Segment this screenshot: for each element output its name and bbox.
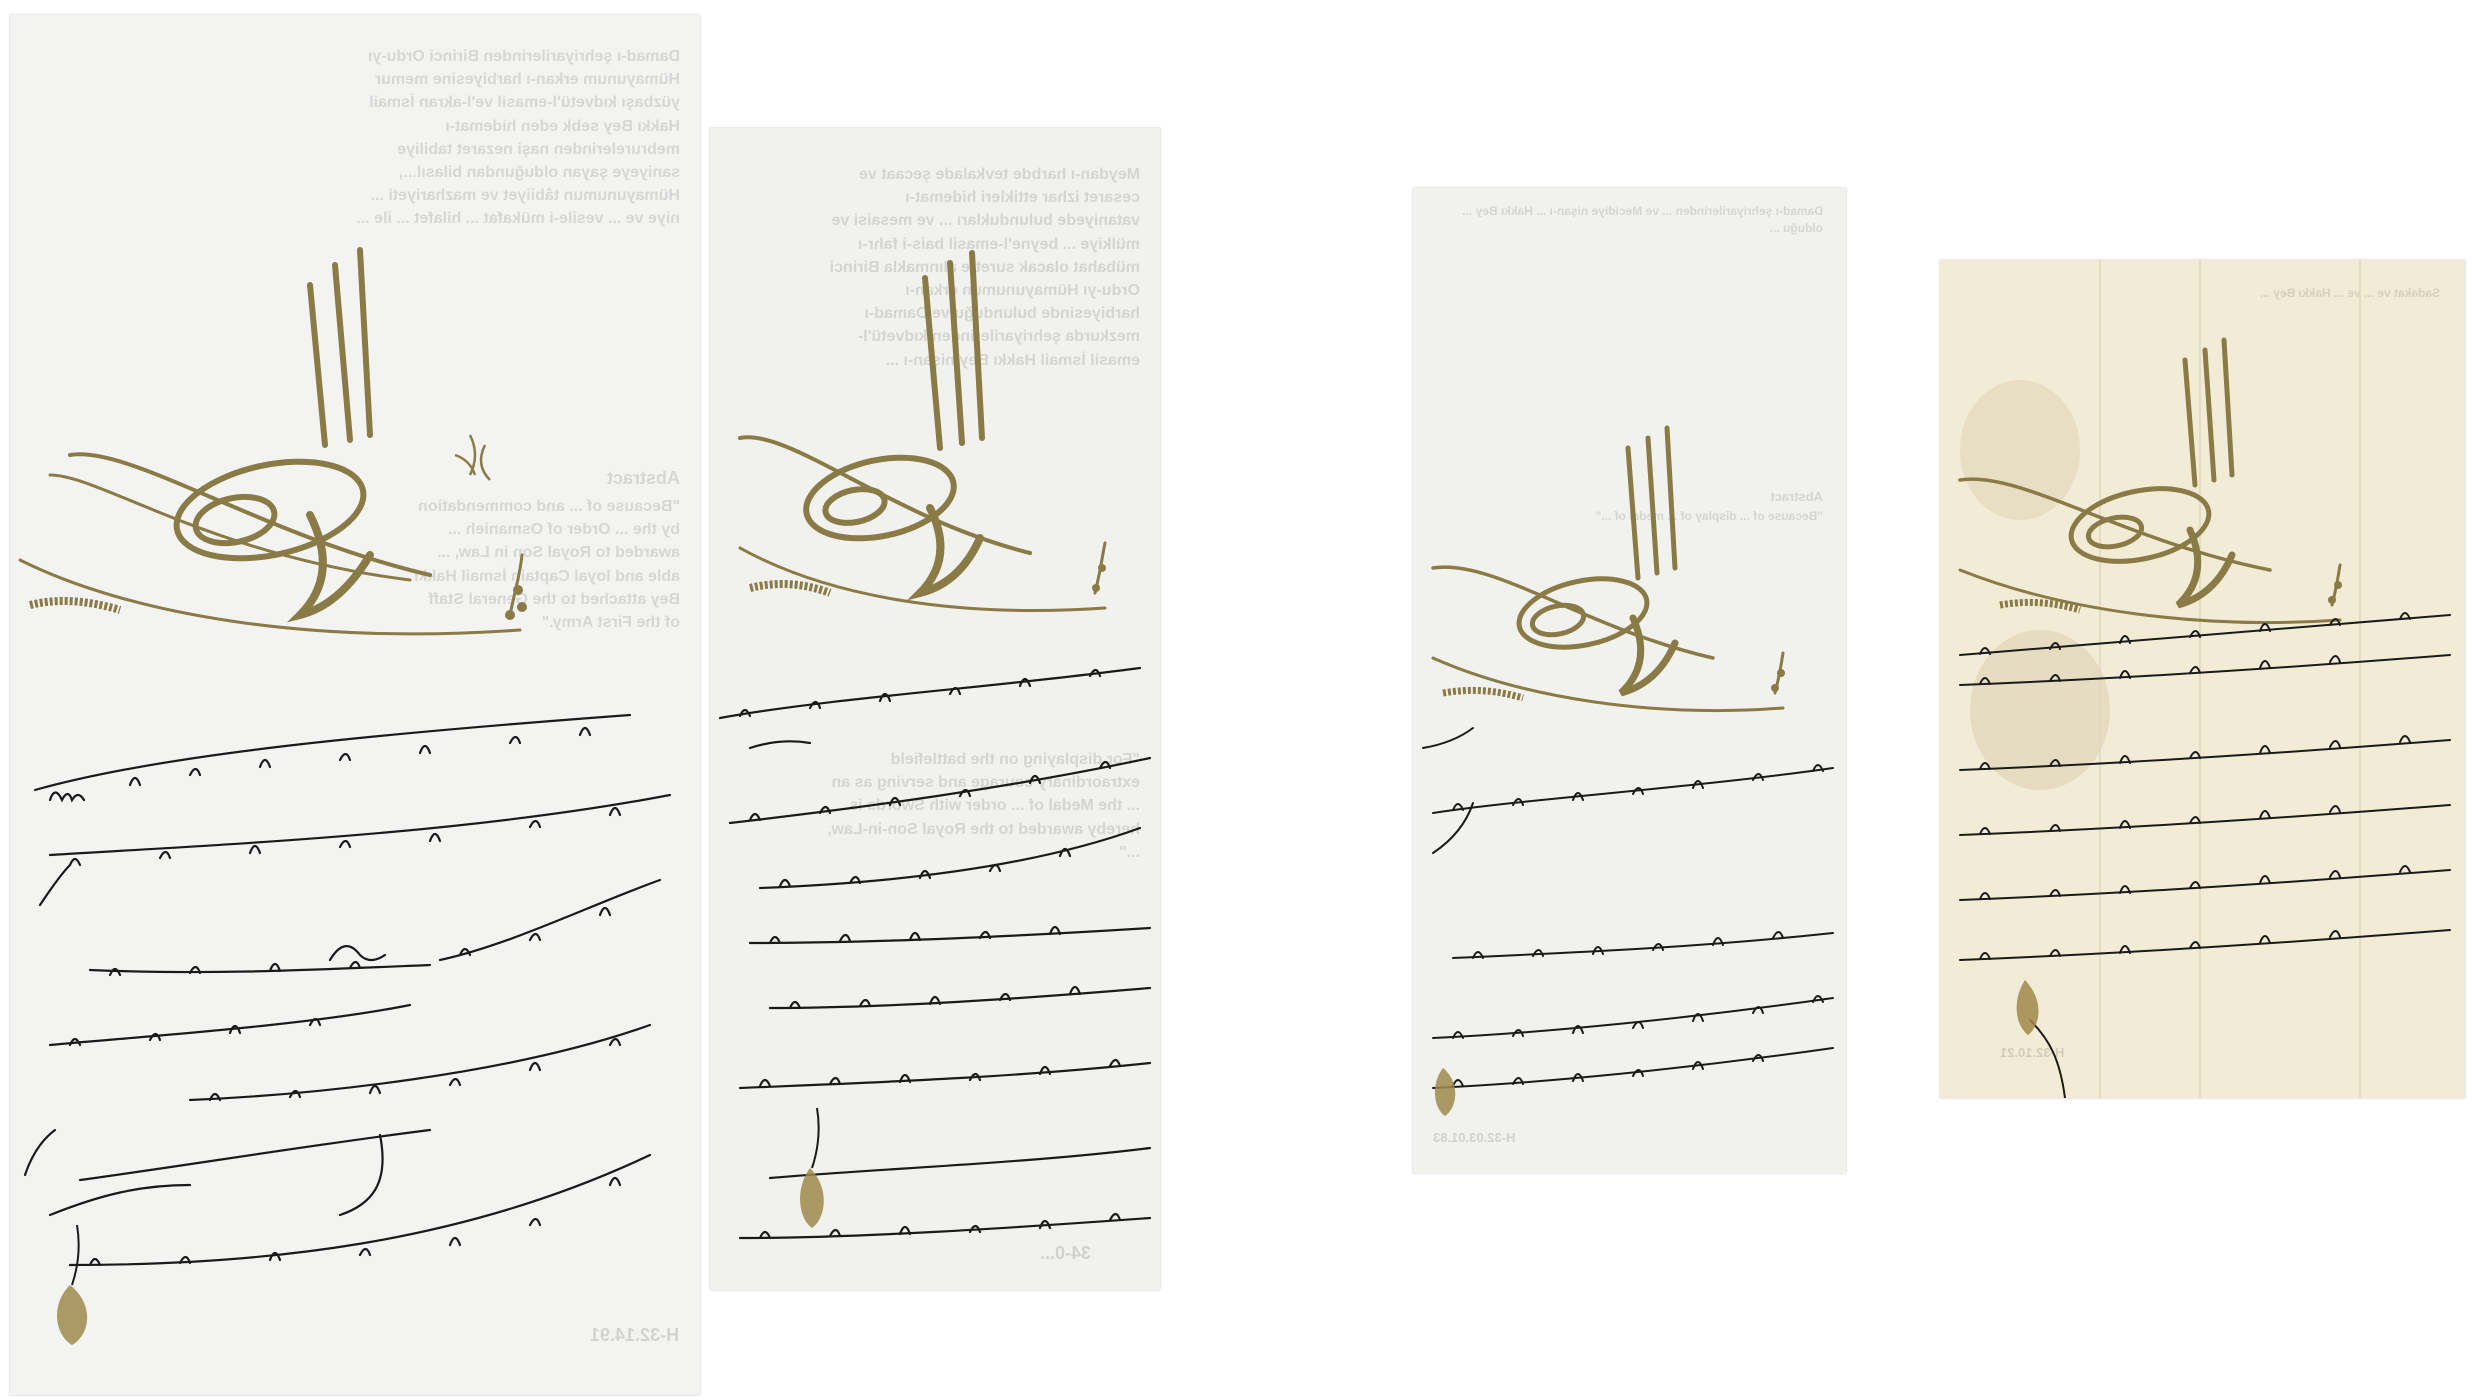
doc2-tughra-icon (710, 128, 1160, 1290)
doc4-tughra-icon (1940, 260, 2465, 1098)
document-4: Sadakat ve ... ve ... Hakkı Bey ... H-32… (1940, 260, 2465, 1098)
seal-leaf (57, 1285, 87, 1345)
document-3: Damad-ı şehriyarilerinden ... ve Mecidiy… (1413, 188, 1846, 1173)
document-2: Meydan-ı harbde tevkalade şecaat ve cesa… (710, 128, 1160, 1290)
doc1-tughra-icon (10, 15, 700, 1395)
document-1: Damad-ı şehriyarilerinden Birinci Ordu-y… (10, 15, 700, 1395)
doc3-tughra-icon (1413, 188, 1846, 1173)
